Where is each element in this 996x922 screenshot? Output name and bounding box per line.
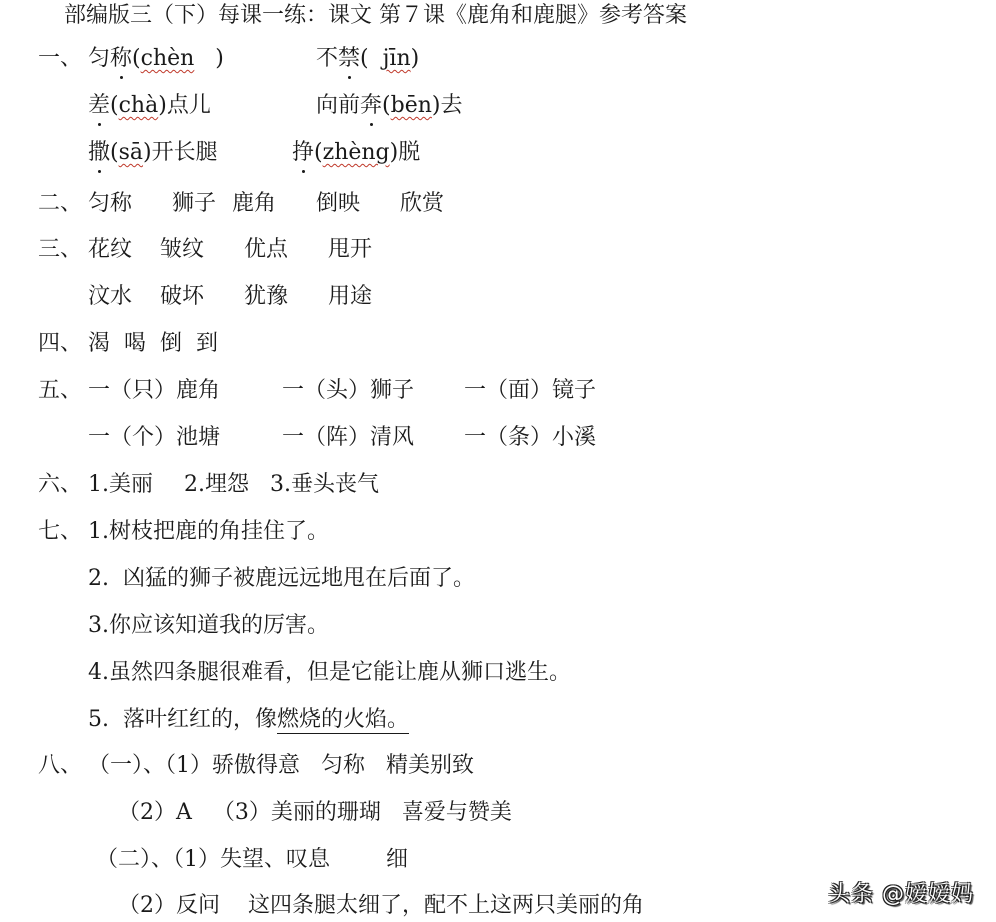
q5-item-1: 一（只）鹿角 — [88, 377, 220, 405]
q8-part2-line1: （二）、（1）失望、叹息 细 — [96, 846, 408, 874]
question-5-label: 五、 — [38, 377, 82, 405]
q1-item-4-pinyin: bēn — [391, 93, 432, 118]
q1-item-1-dotted-char: 称 — [110, 45, 132, 73]
q7-item-5: 5. 落叶红红的，像燃烧的火焰。 — [88, 706, 409, 734]
question-1-label: 一、 — [38, 45, 82, 73]
q3-word-8: 用途 — [328, 283, 372, 311]
q7-item-4: 4.虽然四条腿很难看，但是它能让鹿从狮口逃生。 — [88, 659, 571, 687]
q3-word-2: 皱纹 — [160, 236, 204, 264]
q1-item-6-pinyin: zhèng — [323, 140, 390, 165]
q1-item-4-char: 向前 — [316, 93, 360, 118]
question-2-label: 二、 — [38, 190, 82, 218]
q6-item-1: 1.美丽 — [88, 471, 153, 499]
q1-item-3-dotted-char: 差 — [88, 92, 110, 120]
q3-word-6: 破坏 — [160, 283, 204, 311]
q8-part1-line1: （一）、（1）骄傲得意 匀称 精美别致 — [88, 752, 474, 780]
question-7-label: 七、 — [38, 518, 82, 546]
q1-item-2-dotted-char: 禁 — [338, 45, 360, 73]
q4-word-1: 渴 — [88, 330, 110, 358]
question-8-label: 八、 — [38, 752, 82, 780]
q4-word-4: 到 — [196, 330, 218, 358]
q7-item-3: 3.你应该知道我的厉害。 — [88, 612, 329, 640]
q1-item-6: 挣(zhèng)脱 — [292, 139, 420, 167]
q1-item-1-char: 匀 — [88, 46, 110, 71]
q1-item-3: 差(chà)点儿 — [88, 92, 211, 120]
q3-word-1: 花纹 — [88, 236, 132, 264]
q2-word-1: 匀称 — [88, 190, 132, 218]
q1-item-1-pinyin: chèn — [141, 46, 195, 71]
q3-word-7: 犹豫 — [244, 283, 288, 311]
question-3-label: 三、 — [38, 236, 82, 264]
q3-word-4: 甩开 — [328, 236, 372, 264]
q2-word-3: 鹿角 — [232, 190, 276, 218]
q1-item-4-dotted-char: 奔 — [360, 92, 382, 120]
q7-item-2: 2. 凶猛的狮子被鹿远远地甩在后面了。 — [88, 565, 475, 593]
q1-item-1: 匀称(chèn ) — [88, 45, 224, 73]
q2-word-4: 倒映 — [316, 190, 360, 218]
q5-item-6: 一（条）小溪 — [464, 424, 596, 452]
page-title: 部编版三（下）每课一练：课文 第７课《鹿角和鹿腿》参考答案 — [64, 2, 687, 30]
q8-part1-line2: （2）A （3）美丽的珊瑚 喜爱与赞美 — [118, 799, 512, 827]
q6-item-3: 3.垂头丧气 — [270, 471, 379, 499]
question-4-label: 四、 — [38, 330, 82, 358]
q1-item-5: 撒(sā)开长腿 — [88, 139, 218, 167]
q5-item-4: 一（个）池塘 — [88, 424, 220, 452]
q4-word-3: 倒 — [160, 330, 182, 358]
q4-word-2: 喝 — [124, 330, 146, 358]
q1-item-3-pinyin: chà — [119, 93, 159, 118]
q8-part2-line2: （2）反问 这四条腿太细了，配不上这两只美丽的角 — [118, 892, 644, 920]
q1-item-2-char: 不 — [316, 46, 338, 71]
q2-word-5: 欣赏 — [400, 190, 444, 218]
q1-item-4-suffix: 去 — [441, 93, 463, 118]
q1-item-5-suffix: 开长腿 — [152, 140, 218, 165]
q3-word-3: 优点 — [244, 236, 288, 264]
q5-item-2: 一（头）狮子 — [282, 377, 414, 405]
q1-item-6-dotted-char: 挣 — [292, 139, 314, 167]
q5-item-5: 一（阵）清风 — [282, 424, 414, 452]
q7-item-5-prefix: 5. 落叶红红的，像 — [88, 707, 277, 732]
q1-item-5-pinyin: sā — [119, 140, 143, 165]
q2-word-2: 狮子 — [172, 190, 216, 218]
question-6-label: 六、 — [38, 471, 82, 499]
q7-item-5-underlined: 燃烧的火焰。 — [277, 707, 409, 734]
q6-item-2: 2.埋怨 — [184, 471, 249, 499]
q1-item-2-pinyin: jīn — [383, 46, 411, 71]
q1-item-4: 向前奔(bēn)去 — [316, 92, 463, 120]
q1-item-3-suffix: 点儿 — [167, 93, 211, 118]
q3-word-5: 汶水 — [88, 283, 132, 311]
watermark: 头条 @嫒嫒妈 — [828, 877, 974, 908]
q1-item-6-suffix: 脱 — [398, 140, 420, 165]
q7-item-1: 1.树枝把鹿的角挂住了。 — [88, 518, 329, 546]
q5-item-3: 一（面）镜子 — [464, 377, 596, 405]
q1-item-2: 不禁( jīn) — [316, 45, 419, 73]
q1-item-5-dotted-char: 撒 — [88, 139, 110, 167]
